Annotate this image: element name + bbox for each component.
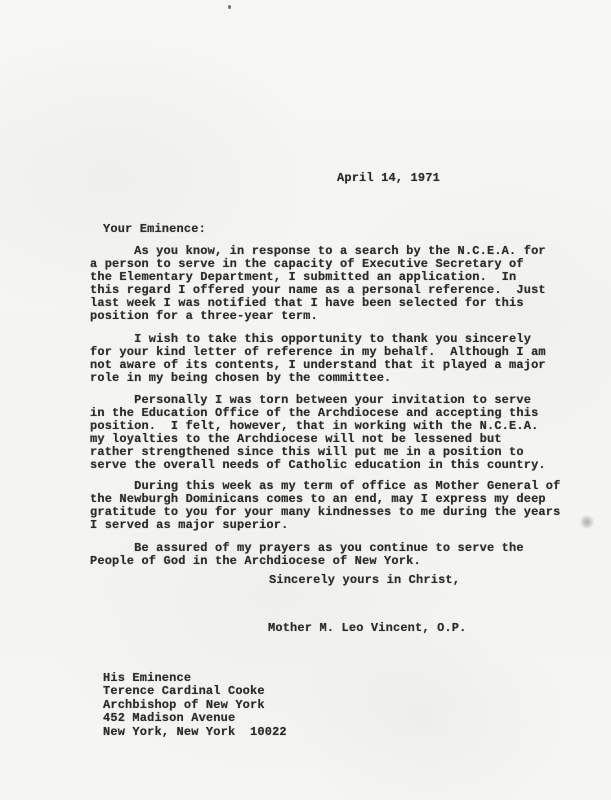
body-paragraph-5: Be assured of my prayers as you continue… (90, 542, 595, 568)
body-paragraph-3: Personally I was torn between your invit… (90, 394, 595, 471)
letter-page: April 14, 1971 Your Eminence: As you kno… (0, 0, 611, 800)
letter-date: April 14, 1971 (337, 172, 440, 185)
ink-speck (228, 5, 231, 9)
body-paragraph-2: I wish to take this opportunity to thank… (90, 333, 595, 385)
body-paragraph-1: As you know, in response to a search by … (90, 245, 595, 322)
body-paragraph-4: During this week as my term of office as… (90, 480, 595, 532)
salutation: Your Eminence: (103, 223, 206, 236)
signature-name: Mother M. Leo Vincent, O.P. (268, 622, 466, 635)
recipient-address: His Eminence Terence Cardinal Cooke Arch… (103, 672, 287, 739)
closing: Sincerely yours in Christ, (269, 574, 460, 587)
